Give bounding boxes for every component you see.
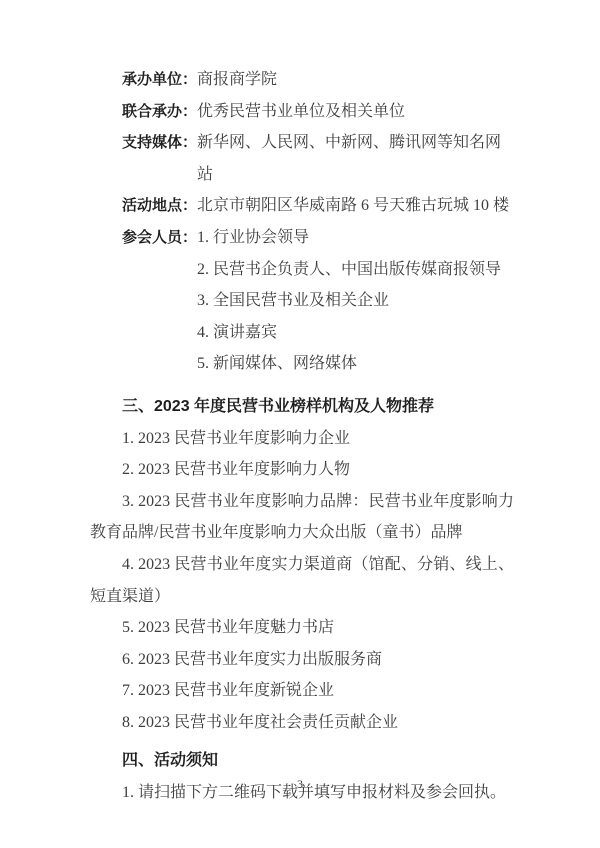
numbered-item: 6. 2023 民营书业年度实力出版服务商 <box>90 644 514 676</box>
info-value: 新华网、人民网、中新网、腾讯网等知名网站 <box>197 127 514 190</box>
list-item: 4. 演讲嘉宾 <box>197 317 514 349</box>
info-row-organizer: 承办单位： 商报商学院 <box>90 64 514 96</box>
info-label: 承办单位： <box>122 64 197 96</box>
document-page: 承办单位： 商报商学院 联合承办： 优秀民营书业单位及相关单位 支持媒体： 新华… <box>0 0 600 848</box>
info-value: 商报商学院 <box>197 64 514 96</box>
numbered-item: 4. 2023 民营书业年度实力渠道商（馆配、分销、线上、短直渠道） <box>90 549 514 612</box>
document-content: 承办单位： 商报商学院 联合承办： 优秀民营书业单位及相关单位 支持媒体： 新华… <box>90 64 514 809</box>
section-heading-notice: 四、活动须知 <box>90 745 514 777</box>
numbered-item: 7. 2023 民营书业年度新锐企业 <box>90 675 514 707</box>
info-label: 联合承办： <box>122 96 197 128</box>
info-label: 活动地点： <box>122 190 197 222</box>
info-row-co-organizer: 联合承办： 优秀民营书业单位及相关单位 <box>90 96 514 128</box>
list-item: 1. 行业协会领导 <box>197 222 514 254</box>
list-item: 5. 新闻媒体、网络媒体 <box>197 348 514 380</box>
numbered-item: 5. 2023 民营书业年度魅力书店 <box>90 612 514 644</box>
numbered-item: 1. 2023 民营书业年度影响力企业 <box>90 423 514 455</box>
info-value: 优秀民营书业单位及相关单位 <box>197 96 514 128</box>
info-row-venue: 活动地点： 北京市朝阳区华威南路 6 号天雅古玩城 10 楼 <box>90 190 514 222</box>
numbered-item: 2. 2023 民营书业年度影响力人物 <box>90 454 514 486</box>
attendees-list: 1. 行业协会领导 2. 民营书企负责人、中国出版传媒商报领导 3. 全国民营书… <box>197 222 514 380</box>
list-item: 2. 民营书企负责人、中国出版传媒商报领导 <box>197 254 514 286</box>
event-info-list: 承办单位： 商报商学院 联合承办： 优秀民营书业单位及相关单位 支持媒体： 新华… <box>90 64 514 380</box>
page-number: 3 <box>0 776 600 792</box>
info-row-media: 支持媒体： 新华网、人民网、中新网、腾讯网等知名网站 <box>90 127 514 190</box>
numbered-item: 3. 2023 民营书业年度影响力品牌：民营书业年度影响力教育品牌/民营书业年度… <box>90 486 514 549</box>
numbered-item: 8. 2023 民营书业年度社会责任贡献企业 <box>90 707 514 739</box>
list-item: 3. 全国民营书业及相关企业 <box>197 285 514 317</box>
info-value: 北京市朝阳区华威南路 6 号天雅古玩城 10 楼 <box>197 190 514 222</box>
info-label: 支持媒体： <box>122 127 197 190</box>
info-label: 参会人员： <box>122 222 197 380</box>
section-heading-recommendations: 三、2023 年度民营书业榜样机构及人物推荐 <box>90 391 514 423</box>
info-row-attendees: 参会人员： 1. 行业协会领导 2. 民营书企负责人、中国出版传媒商报领导 3.… <box>90 222 514 380</box>
